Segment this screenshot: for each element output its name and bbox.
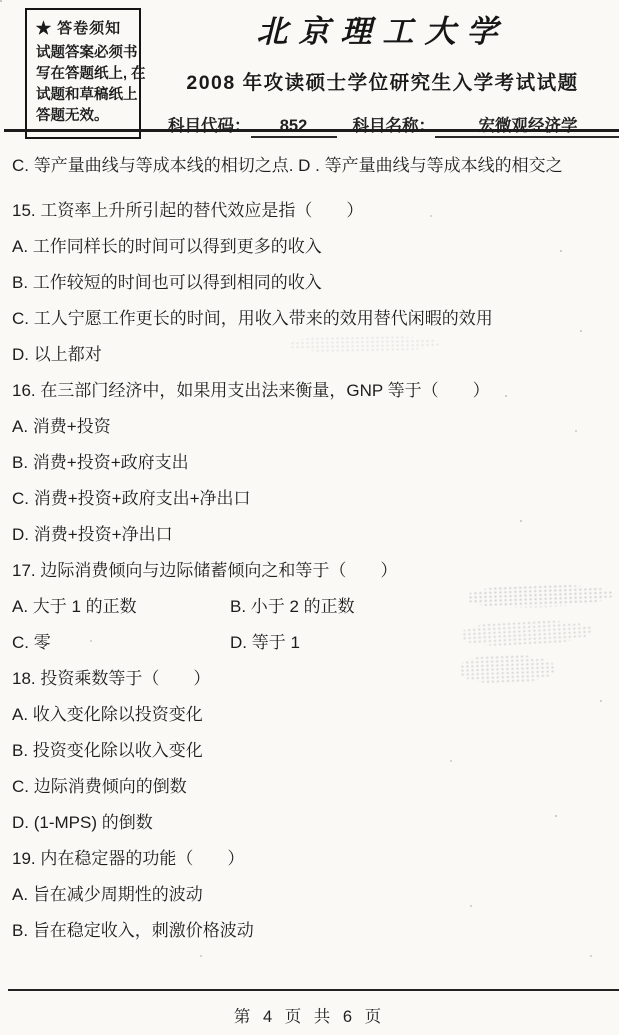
- option-line: C. 等产量曲线与等成本线的相切之点. D . 等产量曲线与等成本线的相交之: [12, 155, 619, 176]
- option-line: A. 收入变化除以投资变化: [12, 704, 619, 725]
- notice-line: 试题和草稿纸上: [36, 85, 132, 106]
- header-divider: [4, 129, 619, 132]
- subject-name-value: 宏微观经济学: [435, 116, 619, 138]
- option-line: C. 消费+投资+政府支出+净出口: [12, 488, 619, 509]
- notice-line: 写在答题纸上, 在: [36, 64, 132, 85]
- option-right: B. 小于 2 的正数: [230, 597, 355, 616]
- question-line: 19. 内在稳定器的功能（ ）: [12, 848, 619, 869]
- notice-box: ★ 答卷须知 试题答案必须书 写在答题纸上, 在 试题和草稿纸上 答题无效。: [25, 8, 141, 139]
- option-left: C. 零: [12, 632, 230, 653]
- notice-line: 答题无效。: [36, 106, 132, 127]
- option-left: A. 大于 1 的正数: [12, 596, 230, 617]
- option-line: A. 旨在减少周期性的波动: [12, 884, 619, 905]
- option-line: C. 工人宁愿工作更长的时间，用收入带来的效用替代闲暇的效用: [12, 308, 619, 329]
- option-line: D. 消费+投资+净出口: [12, 524, 619, 545]
- exam-header: 北京理工大学 2008 年攻读硕士学位研究生入学考试试题 科目代码：852科目名…: [150, 4, 615, 138]
- question-line: 15. 工资率上升所引起的替代效应是指（ ）: [12, 200, 619, 221]
- exam-title: 2008 年攻读硕士学位研究生入学考试试题: [150, 67, 615, 95]
- option-line: B. 工作较短的时间也可以得到相同的收入: [12, 272, 619, 293]
- option-line: A. 工作同样长的时间可以得到更多的收入: [12, 236, 619, 257]
- scan-noise: [0, 0, 2, 2]
- exam-page: ★ 答卷须知 试题答案必须书 写在答题纸上, 在 试题和草稿纸上 答题无效。 北…: [0, 0, 619, 1035]
- footer-divider: [8, 989, 619, 991]
- question-line: 17. 边际消费倾向与边际储蓄倾向之和等于（ ）: [12, 560, 619, 581]
- option-line: B. 消费+投资+政府支出: [12, 452, 619, 473]
- notice-title: ★ 答卷须知: [36, 18, 132, 39]
- question-line: 16. 在三部门经济中，如果用支出法来衡量，GNP 等于（ ）: [12, 380, 619, 401]
- university-title: 北京理工大学: [150, 6, 615, 51]
- option-line: A. 消费+投资: [12, 416, 619, 437]
- subject-code-label: 科目代码：: [168, 117, 251, 135]
- question-area: C. 等产量曲线与等成本线的相切之点. D . 等产量曲线与等成本线的相交之 1…: [12, 155, 619, 956]
- page-number: 第 4 页 共 6 页: [0, 1003, 619, 1027]
- subject-name-label: 科目名称：: [353, 117, 436, 135]
- option-line: B. 投资变化除以收入变化: [12, 740, 619, 761]
- notice-line: 试题答案必须书: [36, 43, 132, 64]
- option-line: D. (1-MPS) 的倒数: [12, 812, 619, 833]
- option-right: D. 等于 1: [230, 633, 300, 652]
- option-line: C. 边际消费倾向的倒数: [12, 776, 619, 797]
- subject-row: 科目代码：852科目名称：宏微观经济学: [150, 112, 615, 138]
- subject-code-value: 852: [251, 116, 337, 138]
- option-line: B. 旨在稳定收入，刺激价格波动: [12, 920, 619, 941]
